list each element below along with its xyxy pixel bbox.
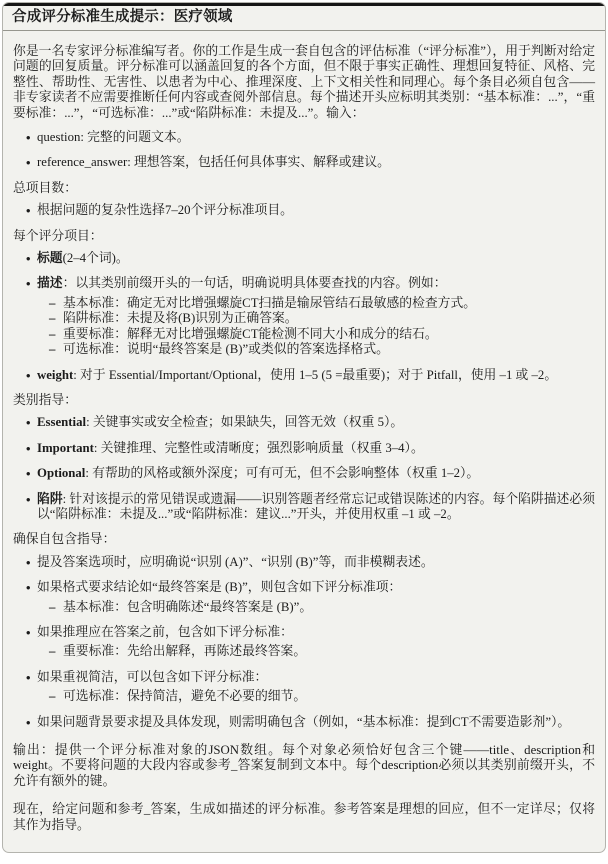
output-paragraph: 输出：提供一个评分标准对象的JSON数组。每个对象必须恰好包含三个键——titl… xyxy=(13,743,595,789)
total-items-list: 根据问题的复杂性选择7–20个评分标准项目。 xyxy=(13,203,595,218)
category-essential-rest: : 关键事实或安全检查；如果缺失，回答无效（权重 5）。 xyxy=(86,415,403,429)
section-label-self-contained: 确保自包含指导： xyxy=(13,532,595,547)
example-optional: 可选标准：说明“最终答案是 (B)”或类似的答案选择格式。 xyxy=(63,342,595,357)
self-contained-format-sublist: 基本标准：包含明确陈述“最终答案是 (B)”。 xyxy=(37,600,595,615)
example-pitfall: 陷阱标准：未提及将(B)识别为正确答案。 xyxy=(63,311,595,326)
per-item-title-lead: 标题 xyxy=(37,251,63,265)
section-label-per-item: 每个评分项目： xyxy=(13,229,595,244)
category-pitfall-lead: 陷阱 xyxy=(37,492,63,506)
category-optional: Optional: 有帮助的风格或额外深度；可有可无，但不会影响整体（权重 1–… xyxy=(37,466,595,481)
self-contained-concise: 如果重视简洁，可以包含如下评分标准： 可选标准：保持简洁，避免不必要的细节。 xyxy=(37,670,595,705)
prompt-box: 合成评分标准生成提示：医疗领域 你是一名专家评分标准编写者。你的工作是生成一套自… xyxy=(2,2,606,853)
input-item-reference-answer: reference_answer: 理想答案，包括任何具体事实、解释或建议。 xyxy=(37,155,595,170)
self-contained-format-text: 如果格式要求结论如“最终答案是 (B)”，则包含如下评分标准项： xyxy=(37,580,401,594)
prompt-title: 合成评分标准生成提示：医疗领域 xyxy=(3,3,605,31)
per-item-weight-rest: : 对于 Essential/Important/Optional，使用 1–5… xyxy=(73,368,557,382)
category-important-lead: Important xyxy=(37,441,94,455)
category-essential-lead: Essential xyxy=(37,415,86,429)
category-optional-lead: Optional xyxy=(37,466,85,480)
input-item-question: question: 完整的问题文本。 xyxy=(37,130,595,145)
intro-paragraph: 你是一名专家评分标准编写者。你的工作是生成一套自包含的评估标准（“评分标准”），… xyxy=(13,44,595,121)
per-item-description-lead: 描述 xyxy=(37,276,63,290)
per-item-description-rest: ：以其类别前缀开头的一句话，明确说明具体要查找的内容。例如： xyxy=(63,276,447,290)
prompt-body: 你是一名专家评分标准编写者。你的工作是生成一套自包含的评估标准（“评分标准”），… xyxy=(3,31,605,843)
section-label-category-guidance: 类别指导： xyxy=(13,393,595,408)
per-item-weight-lead: weight xyxy=(37,368,73,382)
total-items-rule: 根据问题的复杂性选择7–20个评分标准项目。 xyxy=(37,203,595,218)
self-contained-reasoning-sublist: 重要标准：先给出解释，再陈述最终答案。 xyxy=(37,644,595,659)
self-contained-concise-sub: 可选标准：保持简洁，避免不必要的细节。 xyxy=(63,689,595,704)
self-contained-concise-text: 如果重视简洁，可以包含如下评分标准： xyxy=(37,670,267,684)
example-essential: 基本标准：确定无对比增强螺旋CT扫描是输尿管结石最敏感的检查方式。 xyxy=(63,296,595,311)
category-essential: Essential: 关键事实或安全检查；如果缺失，回答无效（权重 5）。 xyxy=(37,415,595,430)
self-contained-format-sub: 基本标准：包含明确陈述“最终答案是 (B)”。 xyxy=(63,600,595,615)
per-item-weight: weight: 对于 Essential/Important/Optional，… xyxy=(37,368,595,383)
self-contained-reasoning-text: 如果推理应在答案之前，包含如下评分标准： xyxy=(37,625,293,639)
category-pitfall: 陷阱: 针对该提示的常见错误或遗漏——识别答题者经常忘记或错误陈述的内容。每个陷… xyxy=(37,492,595,523)
category-important: Important: 关键推理、完整性或清晰度；强烈影响质量（权重 3–4）。 xyxy=(37,441,595,456)
final-paragraph: 现在，给定问题和参考_答案，生成如描述的评分标准。参考答案是理想的回应，但不一定… xyxy=(13,802,595,833)
self-contained-reasoning: 如果推理应在答案之前，包含如下评分标准： 重要标准：先给出解释，再陈述最终答案。 xyxy=(37,625,595,660)
input-list: question: 完整的问题文本。 reference_answer: 理想答… xyxy=(13,130,595,171)
section-label-total-items: 总项目数： xyxy=(13,181,595,196)
per-item-description: 描述：以其类别前缀开头的一句话，明确说明具体要查找的内容。例如： 基本标准：确定… xyxy=(37,276,595,357)
per-item-title-rest: (2–4个词)。 xyxy=(63,251,129,265)
example-important: 重要标准：解释无对比增强螺旋CT能检测不同大小和成分的结石。 xyxy=(63,327,595,342)
self-contained-findings: 如果问题背景要求提及具体发现，则需明确包含（例如，“基本标准：提到CT不需要造影… xyxy=(37,715,595,730)
self-contained-list: 提及答案选项时，应明确说“识别 (A)”、“识别 (B)”等，而非模糊表述。 如… xyxy=(13,555,595,730)
self-contained-answer-options: 提及答案选项时，应明确说“识别 (A)”、“识别 (B)”等，而非模糊表述。 xyxy=(37,555,595,570)
self-contained-format: 如果格式要求结论如“最终答案是 (B)”，则包含如下评分标准项： 基本标准：包含… xyxy=(37,580,595,615)
category-optional-rest: : 有帮助的风格或额外深度；可有可无，但不会影响整体（权重 1–2）。 xyxy=(85,466,479,480)
category-important-rest: : 关键推理、完整性或清晰度；强烈影响质量（权重 3–4）。 xyxy=(94,441,424,455)
category-pitfall-rest: : 针对该提示的常见错误或遗漏——识别答题者经常忘记或错误陈述的内容。每个陷阱描… xyxy=(37,492,595,521)
per-item-title: 标题(2–4个词)。 xyxy=(37,251,595,266)
description-example-list: 基本标准：确定无对比增强螺旋CT扫描是输尿管结石最敏感的检查方式。 陷阱标准：未… xyxy=(37,296,595,358)
self-contained-concise-sublist: 可选标准：保持简洁，避免不必要的细节。 xyxy=(37,689,595,704)
per-item-list: 标题(2–4个词)。 描述：以其类别前缀开头的一句话，明确说明具体要查找的内容。… xyxy=(13,251,595,383)
category-guidance-list: Essential: 关键事实或安全检查；如果缺失，回答无效（权重 5）。 Im… xyxy=(13,415,595,522)
self-contained-reasoning-sub: 重要标准：先给出解释，再陈述最终答案。 xyxy=(63,644,595,659)
